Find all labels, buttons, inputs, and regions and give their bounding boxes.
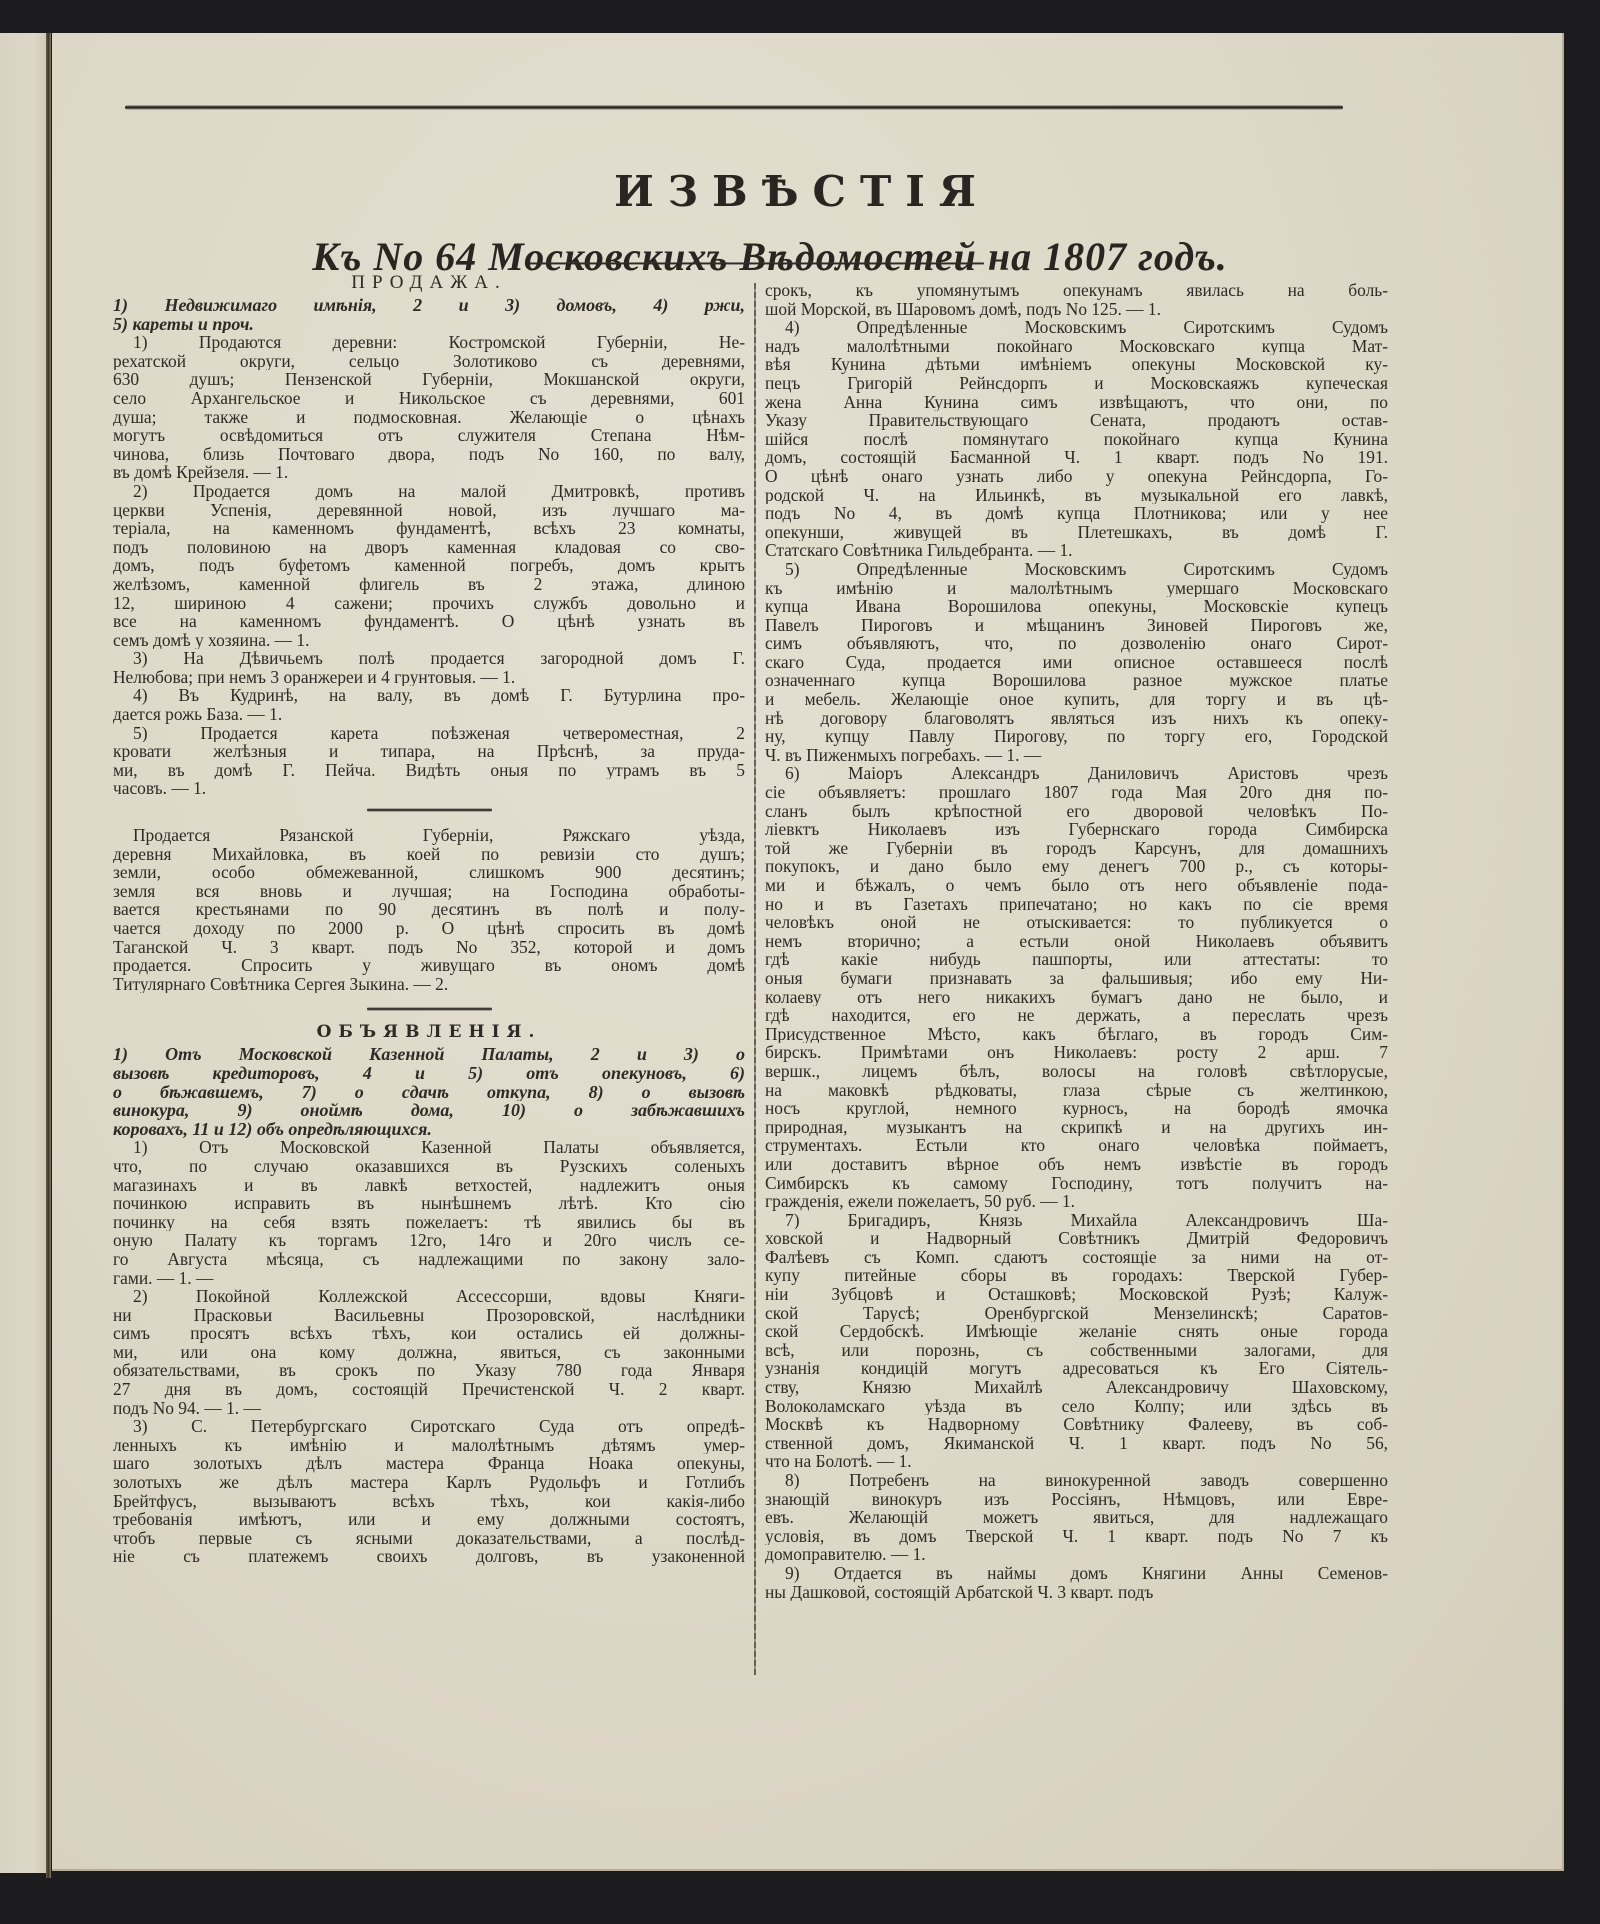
sale-items: 1) Продаются деревни: Костромской Губерн… bbox=[113, 333, 745, 798]
text-line: колаеву отъ него никакихъ бумагъ дано не… bbox=[765, 988, 1388, 1007]
text-line: гдѣ какіе нибудь пашпорты, или аттестаты… bbox=[765, 950, 1388, 969]
text-line: что, по случаю оказавшихся въ Рузскихъ с… bbox=[113, 1157, 745, 1176]
notice-paragraph: 1) Продаются деревни: Костромской Губерн… bbox=[113, 333, 745, 482]
summary-line: о бѣжавшемъ, 7) о сдачѣ откупа, 8) о выз… bbox=[113, 1083, 745, 1102]
text-line: ленныхъ къ имѣнію и малолѣтнымъ дѣтямъ у… bbox=[113, 1436, 745, 1455]
section-heading-announcements: ОБЪЯВЛЕНІЯ. bbox=[113, 1021, 745, 1043]
section-heading-sale: ПРОДАЖА. bbox=[113, 272, 745, 294]
text-line: Присудственное Мѣсто, какъ бѣглаго, въ г… bbox=[765, 1025, 1388, 1044]
text-line: дается рожь База. — 1. bbox=[113, 705, 745, 724]
text-line: 6) Маіоръ Александръ Даниловичъ Аристовъ… bbox=[765, 764, 1388, 783]
notice-paragraph: срокъ, къ упомянутымъ опекунамъ явилась … bbox=[765, 281, 1388, 318]
text-line: домъ, подъ буфетомъ каменной погребъ, до… bbox=[113, 556, 745, 575]
text-line: обязательствами, въ срокъ по Указу 780 г… bbox=[113, 1361, 745, 1380]
text-line: подъ No 4, въ домѣ купца Плотникова; или… bbox=[765, 504, 1388, 523]
text-line: Волоколамскаго уѣзда въ село Колпу; или … bbox=[765, 1397, 1388, 1416]
text-line: чается доходу по 2000 р. О цѣнѣ спросить… bbox=[113, 919, 745, 938]
masthead-bottom-rule bbox=[529, 262, 984, 265]
text-line: земля вся вновь и лучшая; на Господина о… bbox=[113, 882, 745, 901]
text-line: сланъ былъ крѣпостной его дворовой челов… bbox=[765, 802, 1388, 821]
notice-paragraph: 2) Покойной Коллежской Ассессорши, вдовы… bbox=[113, 1287, 745, 1417]
text-line: оную Палату къ торгамъ 12го, 14го и 20го… bbox=[113, 1231, 745, 1250]
book-gutter bbox=[46, 33, 51, 1878]
text-line: бирскъ. Примѣтами онъ Николаевъ: росту 2… bbox=[765, 1043, 1388, 1062]
text-line: 630 душъ; Пензенской Губерніи, Мокшанско… bbox=[113, 370, 745, 389]
text-line: село Архангельское и Никольское съ дерев… bbox=[113, 389, 745, 408]
text-line: что на Болотѣ. — 1. bbox=[765, 1452, 1388, 1471]
text-line: земли, особо обмежеванной, слишкомъ 900 … bbox=[113, 863, 745, 882]
notice-paragraph: 1) Отъ Московской Казенной Палаты объявл… bbox=[113, 1138, 745, 1287]
text-line: могутъ освѣдомиться отъ служителя Степан… bbox=[113, 426, 745, 445]
text-line: ми, или она кому должна, явиться, съ зак… bbox=[113, 1343, 745, 1362]
text-line: купца Ивана Ворошилова опекуны, Московск… bbox=[765, 597, 1388, 616]
text-line: гражденія, ежели пожелаетъ, 50 руб. — 1. bbox=[765, 1192, 1388, 1211]
text-line: Продается Рязанской Губерніи, Ряжскаго у… bbox=[113, 826, 745, 845]
text-line: 5) Опредѣленные Московскимъ Сиротскимъ С… bbox=[765, 560, 1388, 579]
text-line: 4) Опредѣленные Московскимъ Сиротскимъ С… bbox=[765, 318, 1388, 337]
text-line: ны Дашковой, состоящій Арбатской Ч. 3 кв… bbox=[765, 1583, 1388, 1602]
text-line: 9) Отдается въ наймы домъ Княгини Анны С… bbox=[765, 1564, 1388, 1583]
text-line: 1) Продаются деревни: Костромской Губерн… bbox=[113, 333, 745, 352]
text-line: ской Тарусѣ; Оренбургской Мензелинскѣ; С… bbox=[765, 1304, 1388, 1323]
text-line: оныя бумаги признавать за фальшивыя; ибо… bbox=[765, 969, 1388, 988]
text-line: всѣ, или порознь, съ собственными залога… bbox=[765, 1341, 1388, 1360]
text-line: починкою исправить въ нынѣшнемъ лѣтѣ. Кт… bbox=[113, 1194, 745, 1213]
text-line: въ домѣ Крейзеля. — 1. bbox=[113, 463, 745, 482]
text-line: деревня Михайловка, въ коей по ревизіи с… bbox=[113, 845, 745, 864]
page-title: ИЗВѢСТІЯ bbox=[52, 168, 1552, 216]
notice-paragraph: 3) На Дѣвичьемъ полѣ продается загородно… bbox=[113, 649, 745, 686]
text-line: 3) На Дѣвичьемъ полѣ продается загородно… bbox=[113, 649, 745, 668]
text-line: Павелъ Пироговъ и мѣщанинъ Зиновей Пирог… bbox=[765, 616, 1388, 635]
text-line: Указу Правительствующаго Сената, продают… bbox=[765, 411, 1388, 430]
right-column: срокъ, къ упомянутымъ опекунамъ явилась … bbox=[765, 281, 1388, 1601]
text-line: Нелюбова; при немъ 3 оранжереи и 4 грунт… bbox=[113, 668, 745, 687]
text-line: вѣя Кунина дѣтьми имѣніемъ опекуны Моско… bbox=[765, 355, 1388, 374]
sale-summary: 1) Недвижимаго имѣнія, 2 и 3) домовъ, 4)… bbox=[113, 296, 745, 333]
text-line: Брейтфусъ, вызываютъ всѣхъ тѣхъ, кои как… bbox=[113, 1492, 745, 1511]
notice-paragraph: 3) С. Петербургскаго Сиротскаго Суда отъ… bbox=[113, 1417, 745, 1566]
summary-line: вызовѣ кредиторовъ, 4 и 5) отъ опекуновъ… bbox=[113, 1064, 745, 1083]
text-line: жена Анна Кунина симъ извѣщаютъ, что они… bbox=[765, 393, 1388, 412]
text-line: ховской и Надворный Совѣтникъ Дмитрій Фе… bbox=[765, 1229, 1388, 1248]
text-line: Фалѣевъ съ Комп. сдаютъ состоящіе за ним… bbox=[765, 1248, 1388, 1267]
text-line: на маковкѣ рѣдковаты, глаза сѣрые съ жел… bbox=[765, 1081, 1388, 1100]
text-line: ніи Зубцовѣ и Осташковѣ; Московской Рузѣ… bbox=[765, 1285, 1388, 1304]
text-line: гами. — 1. — bbox=[113, 1269, 745, 1288]
text-line: ну, купцу Павлу Пирогову, по торгу его, … bbox=[765, 727, 1388, 746]
text-line: шаго золотыхъ дѣлъ мастера Франца Ноака … bbox=[113, 1454, 745, 1473]
text-line: или доставитъ вѣрное объ немъ извѣстіе в… bbox=[765, 1155, 1388, 1174]
text-line: желѣзомъ, каменной флигель въ 2 этажа, д… bbox=[113, 575, 745, 594]
text-line: Статскаго Совѣтника Гильдебранта. — 1. bbox=[765, 541, 1388, 560]
notice-paragraph: 6) Маіоръ Александръ Даниловичъ Аристовъ… bbox=[765, 764, 1388, 1210]
text-line: вается крестьянами по 90 десятинъ въ пол… bbox=[113, 900, 745, 919]
text-line: подъ No 94. — 1. — bbox=[113, 1399, 745, 1418]
summary-line: коровахъ, 11 и 12) объ опредѣляющихся. bbox=[113, 1120, 745, 1139]
text-line: опекунши, живущей въ Плетешкахъ, въ домѣ… bbox=[765, 523, 1388, 542]
text-line: нѣ договору благоволятъ являться изъ них… bbox=[765, 709, 1388, 728]
text-line: покупокъ, и дано было ему денегъ 700 р.,… bbox=[765, 857, 1388, 876]
text-line: 27 дня въ домъ, состоящій Пречистенской … bbox=[113, 1380, 745, 1399]
text-line: Ч. въ Пиженмыхъ погребахъ. — 1. — bbox=[765, 746, 1388, 765]
text-line: ніе съ платежемъ своихъ долговъ, въ узак… bbox=[113, 1547, 745, 1566]
notice-paragraph: 7) Бригадиръ, Князь Михайла Александрови… bbox=[765, 1211, 1388, 1471]
text-line: золотыхъ же дѣлъ мастера Карлъ Рудольфъ … bbox=[113, 1473, 745, 1492]
text-line: 3) С. Петербургскаго Сиротскаго Суда отъ… bbox=[113, 1417, 745, 1436]
text-line: церкви Успенія, деревянной новой, изъ лу… bbox=[113, 501, 745, 520]
text-line: го Августа мѣсяца, съ надлежащими по зак… bbox=[113, 1250, 745, 1269]
text-line: пецъ Григорій Рейнсдорпъ и Московскаяжъ … bbox=[765, 374, 1388, 393]
text-line: 2) Продается домъ на малой Дмитровкѣ, пр… bbox=[113, 482, 745, 501]
text-line: и мебель. Желающіе оное купить, для торг… bbox=[765, 690, 1388, 709]
text-line: ству, Князю Михайлѣ Александровичу Шахов… bbox=[765, 1378, 1388, 1397]
text-line: надъ малолѣтными покойнаго Московскаго к… bbox=[765, 337, 1388, 356]
masthead-top-rule bbox=[125, 105, 1343, 110]
text-line: природная, музыкантъ на скрипкѣ и на дру… bbox=[765, 1118, 1388, 1137]
text-line: магазинахъ и въ лавкѣ ветхостей, надлежи… bbox=[113, 1176, 745, 1195]
text-line: ліевктъ Николаевъ изъ Губернскаго города… bbox=[765, 820, 1388, 839]
notice-paragraph: 5) Продается карета поѣзженая четверомес… bbox=[113, 724, 745, 798]
announcement-items-left: 1) Отъ Московской Казенной Палаты объявл… bbox=[113, 1138, 745, 1566]
text-line: 12, шириною 4 сажени; прочихъ службъ дов… bbox=[113, 594, 745, 613]
text-line: симъ просятъ всѣхъ тѣхъ, кои остались ей… bbox=[113, 1324, 745, 1343]
text-line: шой Морской, въ Шаровомъ домѣ, подъ No 1… bbox=[765, 300, 1388, 319]
text-line: ственной домъ, Якиманской Ч. 1 кварт. по… bbox=[765, 1434, 1388, 1453]
section-separator-rule bbox=[367, 1007, 492, 1011]
text-line: человѣкъ оной не отыскивается: то публик… bbox=[765, 913, 1388, 932]
text-line: О цѣнѣ онаго узнать либо у опекуна Рейнс… bbox=[765, 467, 1388, 486]
text-line: къ имѣнію и малолѣтнымъ умершаго Московс… bbox=[765, 579, 1388, 598]
notice-paragraph: 8) Потребенъ на винокуренной заводъ сове… bbox=[765, 1471, 1388, 1564]
text-line: ской Сердобскѣ. Имѣющіе желаніе снять он… bbox=[765, 1322, 1388, 1341]
text-line: требованія имѣютъ, или и ему должными со… bbox=[113, 1510, 745, 1529]
notice-paragraph: 9) Отдается въ наймы домъ Княгини Анны С… bbox=[765, 1564, 1388, 1601]
text-line: симъ объявляютъ, что, по дозволенію онаг… bbox=[765, 634, 1388, 653]
summary-line: 1) Отъ Московской Казенной Палаты, 2 и 3… bbox=[113, 1045, 745, 1064]
text-line: рехатской округи, сельцо Золотиково съ д… bbox=[113, 352, 745, 371]
text-line: но и въ Газетахъ припечатано; но какъ по… bbox=[765, 895, 1388, 914]
text-line: струментахъ. Естьли кто онаго человѣка п… bbox=[765, 1136, 1388, 1155]
text-line: условія, въ домъ Тверской Ч. 1 кварт. по… bbox=[765, 1527, 1388, 1546]
notice-paragraph: 4) Въ Кудринѣ, на валу, въ домѣ Г. Бутур… bbox=[113, 686, 745, 723]
text-line: ми, въ домѣ Г. Пейча. Видѣть оныя по утр… bbox=[113, 761, 745, 780]
text-line: гдѣ находится, его не держать, а пересла… bbox=[765, 1006, 1388, 1025]
text-line: 4) Въ Кудринѣ, на валу, въ домѣ Г. Бутур… bbox=[113, 686, 745, 705]
adjacent-page-edge bbox=[0, 33, 48, 1873]
text-line: Титулярнаго Совѣтника Сергея Зыкина. — 2… bbox=[113, 975, 745, 994]
text-line: знающій винокуръ изъ Россіянъ, Нѣмцовъ, … bbox=[765, 1490, 1388, 1509]
text-line: той же Губерніи въ городъ Карсунъ, для д… bbox=[765, 839, 1388, 858]
summary-line: винокура, 9) оноймѣ дома, 10) о забѣжавш… bbox=[113, 1101, 745, 1120]
text-line: Москвѣ къ Надворному Совѣтнику Фалееву, … bbox=[765, 1415, 1388, 1434]
sale-extra: Продается Рязанской Губерніи, Ряжскаго у… bbox=[113, 826, 745, 993]
section-separator-rule bbox=[367, 808, 492, 812]
text-line: означеннаго купца Ворошилова разное мужс… bbox=[765, 671, 1388, 690]
text-line: 8) Потребенъ на винокуренной заводъ сове… bbox=[765, 1471, 1388, 1490]
text-line: часовъ. — 1. bbox=[113, 779, 745, 798]
notice-paragraph: Продается Рязанской Губерніи, Ряжскаго у… bbox=[113, 826, 745, 993]
announcements-summary: 1) Отъ Московской Казенной Палаты, 2 и 3… bbox=[113, 1045, 745, 1138]
text-line: кровати желѣзныя и типара, на Прѣснѣ, за… bbox=[113, 742, 745, 761]
text-line: узнанія кондицій могутъ адресоваться къ … bbox=[765, 1359, 1388, 1378]
text-line: подъ половиною на дворъ каменная кладова… bbox=[113, 538, 745, 557]
text-line: 5) Продается карета поѣзженая четверомес… bbox=[113, 724, 745, 743]
text-line: ни Прасковьи Васильевны Прозоровской, на… bbox=[113, 1306, 745, 1325]
text-line: починку на себя взять пожелаетъ: тѣ явил… bbox=[113, 1213, 745, 1232]
text-line: купу питейные сборы въ городахъ: Тверско… bbox=[765, 1266, 1388, 1285]
text-line: носъ круглой, немного курносъ, на бородѣ… bbox=[765, 1099, 1388, 1118]
notice-paragraph: 4) Опредѣленные Московскимъ Сиротскимъ С… bbox=[765, 318, 1388, 560]
text-line: Таганской Ч. 3 кварт. подъ No 352, котор… bbox=[113, 938, 745, 957]
text-line: скаго Суда, продается ими описное оставш… bbox=[765, 653, 1388, 672]
text-line: чинова, близь Почтоваго двора, подъ No 1… bbox=[113, 445, 745, 464]
text-line: ми и бѣжалъ, о чемъ было отъ него объявл… bbox=[765, 876, 1388, 895]
notice-paragraph: 5) Опредѣленные Московскимъ Сиротскимъ С… bbox=[765, 560, 1388, 765]
text-line: 1) Отъ Московской Казенной Палаты объявл… bbox=[113, 1138, 745, 1157]
text-line: 2) Покойной Коллежской Ассессорши, вдовы… bbox=[113, 1287, 745, 1306]
notice-paragraph: 2) Продается домъ на малой Дмитровкѣ, пр… bbox=[113, 482, 745, 649]
column-divider bbox=[754, 283, 756, 1675]
text-line: теріала, на каменномъ фундаментѣ, всѣхъ … bbox=[113, 519, 745, 538]
summary-line: 1) Недвижимаго имѣнія, 2 и 3) домовъ, 4)… bbox=[113, 296, 745, 315]
text-line: домоправителю. — 1. bbox=[765, 1545, 1388, 1564]
text-line: Симбирскъ къ самому Господину, тотъ полу… bbox=[765, 1174, 1388, 1193]
text-line: немъ вторично; а естьли оной Николаевъ о… bbox=[765, 932, 1388, 951]
text-line: домъ, состоящій Басманной Ч. 1 кварт. по… bbox=[765, 448, 1388, 467]
summary-line: 5) кареты и проч. bbox=[113, 315, 745, 334]
announcement-items-right: срокъ, къ упомянутымъ опекунамъ явилась … bbox=[765, 281, 1388, 1601]
text-line: продается. Спросить у живущаго въ ономъ … bbox=[113, 956, 745, 975]
text-line: 7) Бригадиръ, Князь Михайла Александрови… bbox=[765, 1211, 1388, 1230]
text-line: шійся послѣ помянутаго покойнаго купца К… bbox=[765, 430, 1388, 449]
text-line: душа; также и подмосковная. Желающіе о ц… bbox=[113, 408, 745, 427]
text-line: евъ. Желающій можетъ явиться, для надлеж… bbox=[765, 1508, 1388, 1527]
text-line: вершк., лицемъ бѣлъ, волосы на головѣ св… bbox=[765, 1062, 1388, 1081]
text-line: родской Ч. на Ильинкѣ, въ музыкальной ег… bbox=[765, 486, 1388, 505]
text-line: все на каменномъ фундаментѣ. О цѣнѣ узна… bbox=[113, 612, 745, 631]
text-line: срокъ, къ упомянутымъ опекунамъ явилась … bbox=[765, 281, 1388, 300]
text-line: семъ домѣ у хозяина. — 1. bbox=[113, 631, 745, 650]
left-column: ПРОДАЖА. 1) Недвижимаго имѣнія, 2 и 3) д… bbox=[113, 272, 745, 1566]
text-line: сіе объявляетъ: прошлаго 1807 года Мая 2… bbox=[765, 783, 1388, 802]
text-line: чтобъ первые съ ясными доказательствами,… bbox=[113, 1529, 745, 1548]
